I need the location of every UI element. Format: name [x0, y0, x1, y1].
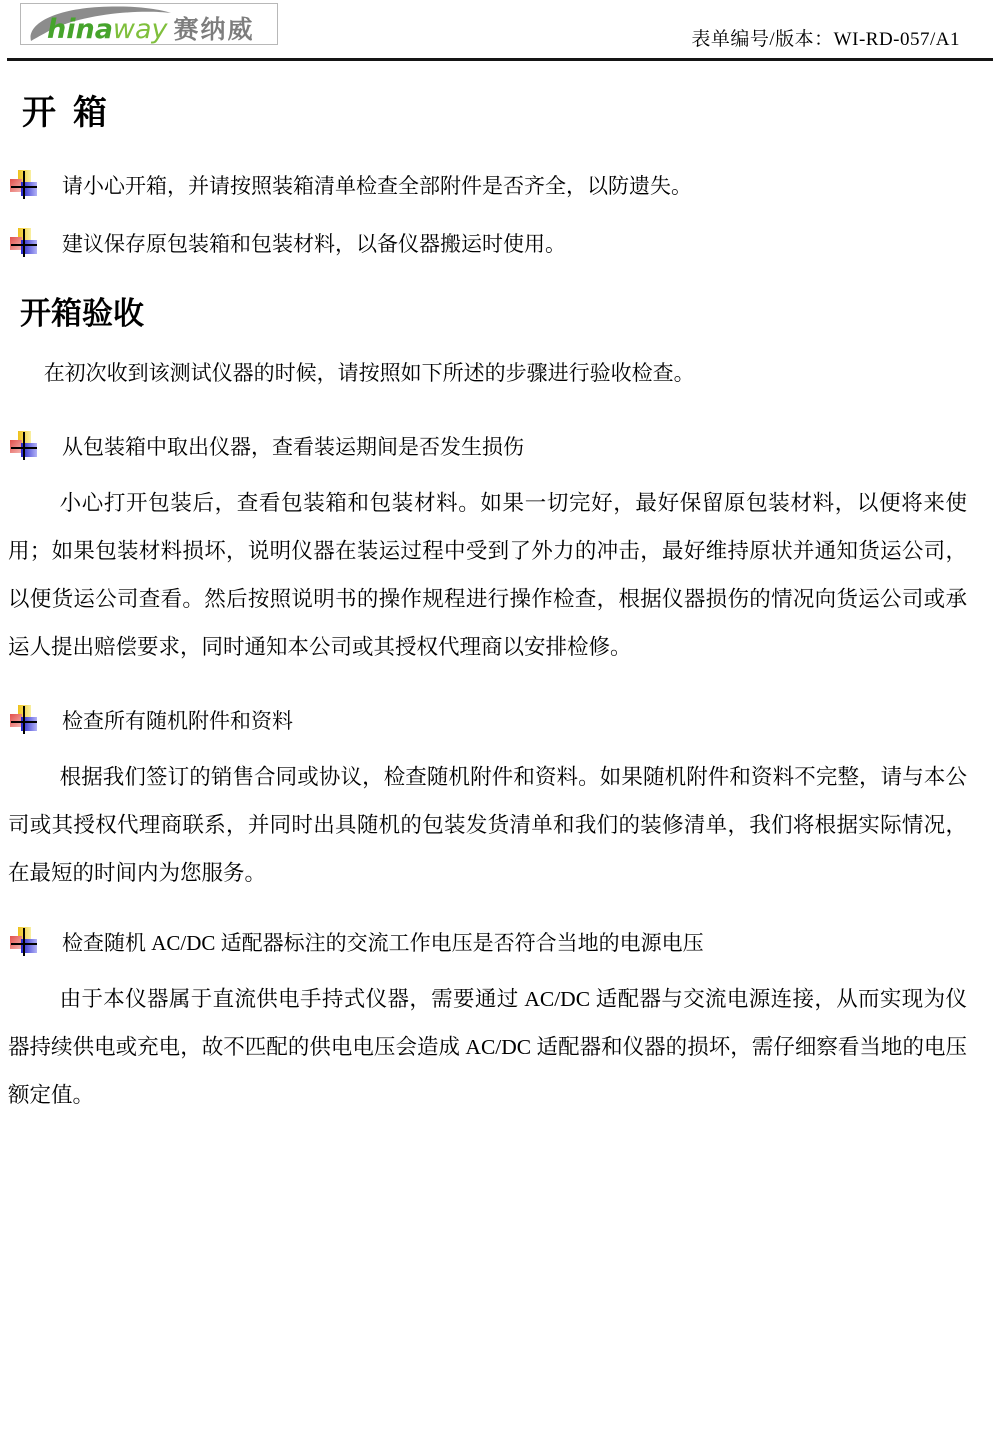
- cross-bullet-icon: [10, 228, 38, 258]
- document-body: 开 箱 请小心开箱，并请按照装箱清单检查全部附件是否齐全，以防遗失。 建议保存原…: [0, 85, 1000, 1119]
- step-bullet-text: 检查随机 AC/DC 适配器标注的交流工作电压是否符合当地的电源电压: [62, 927, 704, 957]
- logo-latin-bold: hina: [47, 14, 113, 45]
- page-title: 开 箱: [22, 85, 1000, 134]
- cross-bullet-icon: [10, 927, 38, 957]
- cross-bullet-icon: [10, 170, 38, 200]
- intro-bullet-item: 建议保存原包装箱和包装材料，以备仪器搬运时使用。: [10, 228, 965, 258]
- step-body-paragraph: 由于本仪器属于直流供电手持式仪器，需要通过 AC/DC 适配器与交流电源连接，从…: [8, 975, 967, 1119]
- intro-bullet-item: 请小心开箱，并请按照装箱清单检查全部附件是否齐全，以防遗失。: [10, 170, 965, 200]
- logo-latin-light: way: [113, 14, 168, 45]
- cross-bullet-icon: [10, 431, 38, 461]
- document-page: hinaway赛纳威 表单编号/版本：WI-RD-057/A1 开 箱 请小心开…: [0, 0, 1000, 1456]
- step-bullet-item: 从包装箱中取出仪器，查看装运期间是否发生损伤: [10, 431, 965, 461]
- intro-bullet-text: 建议保存原包装箱和包装材料，以备仪器搬运时使用。: [62, 228, 566, 258]
- form-number: 表单编号/版本：WI-RD-057/A1: [691, 24, 960, 51]
- logo-text: hinaway赛纳威: [47, 10, 255, 45]
- step-body-paragraph: 小心打开包装后，查看包装箱和包装材料。如果一切完好，最好保留原包装材料，以便将来…: [8, 479, 967, 671]
- step-bullet-item: 检查所有随机附件和资料: [10, 705, 965, 735]
- step-bullet-text: 从包装箱中取出仪器，查看装运期间是否发生损伤: [62, 431, 524, 461]
- section-lead-paragraph: 在初次收到该测试仪器的时候，请按照如下所述的步骤进行验收检查。: [8, 357, 965, 387]
- company-logo: hinaway赛纳威: [20, 3, 278, 45]
- header-rule: [7, 58, 993, 61]
- page-header: hinaway赛纳威 表单编号/版本：WI-RD-057/A1: [0, 0, 1000, 56]
- intro-bullet-text: 请小心开箱，并请按照装箱清单检查全部附件是否齐全，以防遗失。: [62, 170, 692, 200]
- step-body-paragraph: 根据我们签订的销售合同或协议，检查随机附件和资料。如果随机附件和资料不完整，请与…: [8, 753, 967, 897]
- section-heading: 开箱验收: [20, 288, 1000, 333]
- step-bullet-item: 检查随机 AC/DC 适配器标注的交流工作电压是否符合当地的电源电压: [10, 927, 965, 957]
- step-bullet-text: 检查所有随机附件和资料: [62, 705, 293, 735]
- logo-chinese: 赛纳威: [174, 15, 255, 44]
- cross-bullet-icon: [10, 705, 38, 735]
